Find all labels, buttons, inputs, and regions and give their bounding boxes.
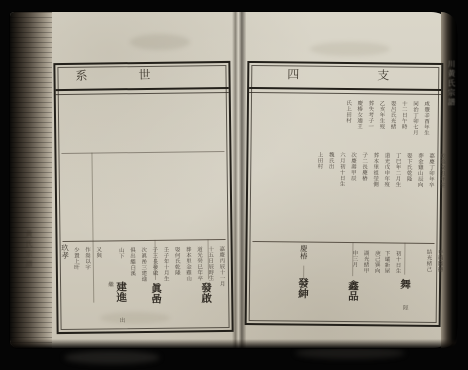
- annotation-columns: 年萠隆德結光緒己: [425, 249, 443, 272]
- text-column: 嘉慶丁卯年卒: [428, 153, 435, 188]
- text-column: 子三長發啟: [151, 247, 158, 276]
- descendant-name: 舞 陘: [399, 279, 410, 311]
- text-column: 娶卞氏乾隆: [405, 153, 411, 182]
- descendant-name: 建進 出繼: [104, 281, 127, 329]
- text-column: 娶何氏乾隆: [173, 247, 180, 276]
- annotation-columns: 又與作嵩以字少置上旰: [73, 247, 102, 271]
- text-column: 葬失考子一: [367, 100, 373, 129]
- ancestor-name: 慶椿: [299, 245, 307, 260]
- right-page-content: 咸豐辛酉年生同治丁卯七月十二日午時娶呂氏光緒乙亥年生歿葬失考子一慶椿女適王氏上田…: [249, 65, 440, 323]
- text-column: 同治丁卯七月: [412, 101, 419, 136]
- descendant-name-text: 發紳: [297, 278, 309, 299]
- left-edge-title: 黃氏宗譜: [24, 230, 34, 270]
- ancestor-name: 玖孝: [61, 244, 69, 259]
- paper-stain: [310, 42, 390, 56]
- text-column: 道光癸巳年卒: [196, 246, 203, 281]
- biography-columns: 乾隆癸丑年生嘉慶丁卯年卒葬金雞山辰向娶卞氏乾隆丁巳年二月生道光戊申年歿葬本里祖塋…: [316, 152, 445, 188]
- background-smudge: [295, 347, 405, 359]
- text-column: 六月初十日生: [338, 152, 345, 187]
- text-column: 葬本里金雞山: [185, 246, 192, 281]
- descendant-name-text: 發啟: [200, 282, 212, 303]
- text-column: 咸豐辛酉年生: [423, 101, 430, 136]
- lineage-connector: [91, 153, 94, 303]
- text-column: 申三月: [351, 250, 357, 267]
- text-column: 葬金雞山辰向: [416, 153, 423, 188]
- text-column: 作嵩以字: [84, 247, 90, 270]
- text-column: 上田村: [316, 152, 322, 169]
- book-spread: 黃氏宗譜 川黃氏宗譜 世 系 玖孝 又與作嵩以字少置上旰 嘉慶丙辰十一月十五日辰…: [10, 12, 457, 348]
- text-column: 道光戊申年歿: [383, 152, 390, 187]
- descendant-name-text: 鑫品: [347, 280, 359, 301]
- text-column: 初十日生: [394, 251, 400, 274]
- descendant-name-text: 眞喦: [150, 283, 162, 304]
- text-column: 魏氏出: [327, 152, 333, 169]
- text-column: 壬子年十月生: [162, 247, 169, 282]
- descendant-name: 鑫品: [347, 280, 358, 301]
- lineage-connector: [303, 266, 304, 278]
- text-column: 下壩新屋: [383, 250, 389, 273]
- annotation-columns: 初十日生下壩新屋: [383, 250, 401, 273]
- descendant-name-note: 陘: [402, 304, 408, 311]
- text-column: 乾隆癸丑年生: [439, 153, 446, 188]
- descendant-name-text: 舞: [399, 279, 411, 290]
- text-column: 乙亥年生歿: [378, 100, 384, 129]
- generation-rule: [61, 151, 224, 154]
- text-column: 氏上田村: [345, 100, 351, 123]
- text-column: 次眞喦三建進: [140, 247, 147, 282]
- text-column: 結光緒己: [425, 249, 431, 272]
- text-column: 又與: [95, 247, 101, 259]
- text-column: 山下: [118, 247, 124, 259]
- left-page-content: 玖孝 又與作嵩以字少置上旰 嘉慶丙辰十一月十五日辰時生道光癸巳年卒葬本里金雞山娶…: [57, 65, 229, 330]
- text-column: 丁巳年二月生: [394, 153, 401, 188]
- annotation-columns: 庚己巽向湖光緒甲申三月: [351, 250, 380, 273]
- right-page-frame: 支 四 咸豐辛酉年生同治丁卯七月十二日午時娶呂氏光緒乙亥年生歿葬失考子一慶椿女適…: [245, 61, 444, 327]
- text-column: 娶呂氏光緒: [389, 100, 395, 129]
- text-column: 湖光緒甲: [362, 250, 368, 273]
- biography-columns: 咸豐辛酉年生同治丁卯七月十二日午時娶呂氏光緒乙亥年生歿葬失考子一慶椿女適王氏上田…: [345, 100, 430, 136]
- book-gutter: [232, 12, 246, 348]
- text-column: 慶椿女適王: [356, 100, 362, 129]
- lineage-connector: [404, 243, 405, 275]
- text-column: 年萠隆德: [436, 249, 442, 272]
- descendant-name: 發啟: [200, 282, 211, 303]
- text-column: 少置上旰: [73, 247, 79, 270]
- generation-rule: [252, 241, 434, 244]
- text-column: 葬本里祖塋側: [372, 152, 379, 187]
- text-column: 庚己巽向: [373, 250, 379, 273]
- background-smudge: [64, 351, 160, 364]
- text-column: 十五日辰時生: [207, 246, 214, 281]
- volume-title-edge-text: 川黃氏宗譜: [446, 60, 457, 108]
- generation-rule: [63, 239, 226, 242]
- text-column: 俱出繼白溪: [129, 247, 136, 276]
- descendant-name: 眞喦: [150, 283, 161, 304]
- left-page-stack-edge: 黃氏宗譜: [10, 12, 52, 348]
- text-column: 子二長慶椿: [361, 152, 367, 181]
- text-column: 次慶壽甲辰: [350, 152, 356, 181]
- text-column: 十二日午時: [400, 101, 406, 130]
- descendant-name-text: 建進: [115, 281, 127, 302]
- paper-stain: [130, 34, 190, 50]
- left-page-frame: 世 系 玖孝 又與作嵩以字少置上旰 嘉慶丙辰十一月十五日辰時生道光癸巳年卒葬本里…: [53, 61, 233, 334]
- descendant-name: 發紳: [297, 278, 308, 299]
- text-column: 嘉慶丙辰十一月: [218, 246, 225, 287]
